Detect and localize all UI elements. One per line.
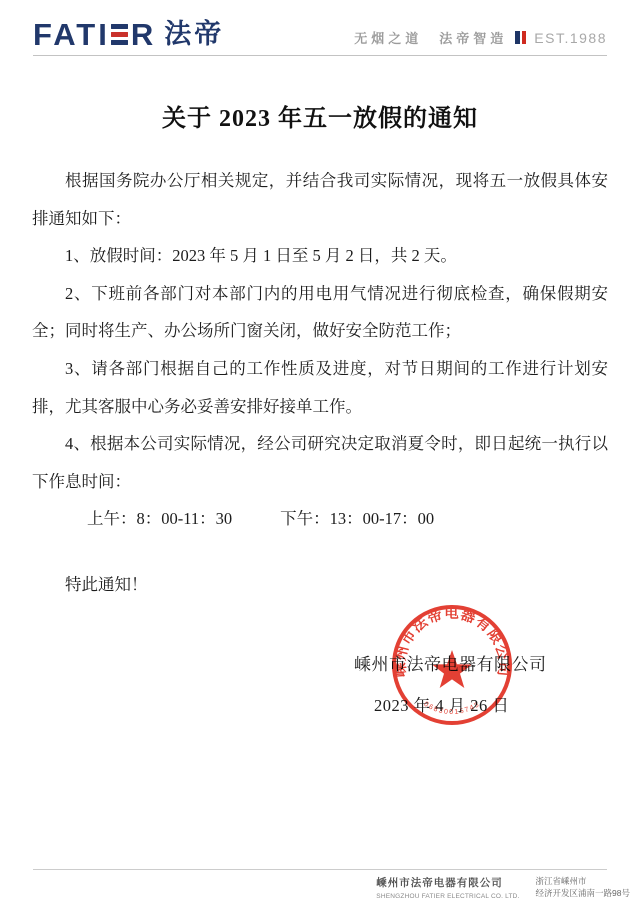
signature-company: 嵊州市法帝电器有限公司 bbox=[354, 650, 547, 675]
french-flag-icon bbox=[515, 31, 526, 44]
footer-company-en: SHENGZHOU FATIER ELECTRICAL CO. LTD. bbox=[376, 893, 519, 900]
footer-company: 嵊州市法帝电器有限公司 SHENGZHOU FATIER ELECTRICAL … bbox=[376, 875, 519, 900]
logo-text-right: R bbox=[131, 19, 156, 50]
brand-tagline: 无烟之道 法帝智造 EST.1988 bbox=[354, 28, 607, 50]
closing-line: 特此通知！ bbox=[32, 566, 608, 604]
footer-company-cn: 嵊州市法帝电器有限公司 bbox=[376, 875, 519, 890]
notice-title: 关于 2023 年五一放假的通知 bbox=[0, 98, 640, 133]
item-2: 2、下班前各部门对本部门内的用电用气情况进行彻底检查，确保假期安全；同时将生产、… bbox=[32, 275, 608, 350]
signature-date: 2023 年 4 月 26 日 bbox=[374, 692, 509, 716]
item-3: 3、请各部门根据自己的工作性质及进度，对节日期间的工作进行计划安排，尤其客服中心… bbox=[32, 350, 608, 425]
fatier-logo: FATI R 法帝 bbox=[33, 19, 224, 50]
letterhead: FATI R 法帝 无烟之道 法帝智造 EST.1988 bbox=[33, 0, 607, 56]
footer: 嵊州市法帝电器有限公司 SHENGZHOU FATIER ELECTRICAL … bbox=[376, 875, 630, 900]
footer-divider bbox=[33, 869, 607, 870]
established-year: EST.1988 bbox=[534, 30, 607, 46]
item-4: 4、根据本公司实际情况，经公司研究决定取消夏令时，即日起统一执行以下作息时间： bbox=[32, 425, 608, 500]
tagline-text: 无烟之道 法帝智造 bbox=[354, 28, 507, 47]
logo-chinese: 法帝 bbox=[164, 21, 224, 48]
notice-page: FATI R 法帝 无烟之道 法帝智造 EST.1988 关于 2023 年五一… bbox=[0, 0, 640, 905]
logo-e-bars-icon bbox=[111, 24, 128, 45]
work-hours: 上午：8：00-11：30下午：13：00-17：00 bbox=[32, 500, 608, 538]
footer-address-line1: 浙江省嵊州市 bbox=[536, 875, 630, 887]
afternoon-hours: 下午：13：00-17：00 bbox=[280, 509, 434, 528]
logo-text-left: FATI bbox=[33, 19, 110, 50]
intro-paragraph: 根据国务院办公厅相关规定，并结合我司实际情况，现将五一放假具体安排通知如下： bbox=[32, 162, 608, 237]
notice-body: 根据国务院办公厅相关规定，并结合我司实际情况，现将五一放假具体安排通知如下： 1… bbox=[32, 162, 608, 604]
footer-address-line2: 经济开发区浦南一路98号 bbox=[536, 887, 630, 899]
morning-hours: 上午：8：00-11：30 bbox=[87, 509, 232, 528]
footer-address: 浙江省嵊州市 经济开发区浦南一路98号 bbox=[536, 875, 630, 899]
item-1: 1、放假时间：2023 年 5 月 1 日至 5 月 2 日，共 2 天。 bbox=[32, 237, 608, 275]
